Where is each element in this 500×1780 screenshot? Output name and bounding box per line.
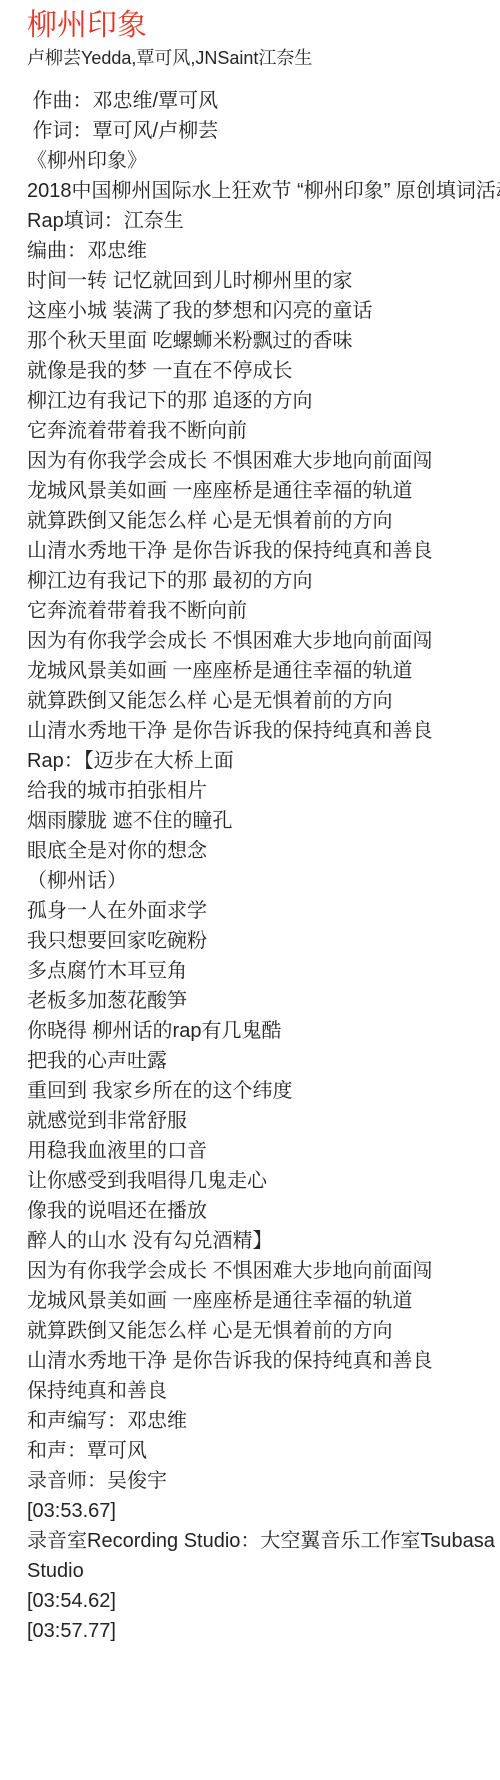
lyric-line: 作曲：邓忠维/覃可风 xyxy=(27,86,500,116)
lyric-line: 醉人的山水 没有勾兑酒精】 xyxy=(27,1226,500,1256)
lyric-line: Rap：【迈步在大桥上面 xyxy=(27,746,500,776)
lyric-line: 眼底全是对你的想念 xyxy=(27,836,500,866)
artist-names: 卢柳芸Yedda,覃可风,JNSaint江奈生 xyxy=(27,46,500,70)
page-title: 柳州印象 xyxy=(27,8,500,44)
lyric-line: 编曲：邓忠维 xyxy=(27,236,500,266)
lyric-line: 山清水秀地干净 是你告诉我的保持纯真和善良 xyxy=(27,1346,500,1376)
lyric-line: 用稳我血液里的口音 xyxy=(27,1136,500,1166)
lyric-line: 像我的说唱还在播放 xyxy=(27,1196,500,1226)
lyric-line: 2018中国柳州国际水上狂欢节 “柳州印象” 原创填词活动 xyxy=(27,176,500,206)
lyric-line: 因为有你我学会成长 不惧困难大步地向前面闯 xyxy=(27,626,500,656)
lyric-line: 《柳州印象》 xyxy=(27,146,500,176)
lyric-line: 龙城风景美如画 一座座桥是通往幸福的轨道 xyxy=(27,1286,500,1316)
lyric-line: 录音室Recording Studio：大空翼音乐工作室Tsubasa xyxy=(27,1526,500,1556)
lyric-line: （柳州话） xyxy=(27,866,500,896)
lyric-line: 重回到 我家乡所在的这个纬度 xyxy=(27,1076,500,1106)
lyric-line: 我只想要回家吃碗粉 xyxy=(27,926,500,956)
lyric-line: 作词：覃可风/卢柳芸 xyxy=(27,116,500,146)
lyric-line: 这座小城 装满了我的梦想和闪亮的童话 xyxy=(27,296,500,326)
lyric-line: 时间一转 记忆就回到儿时柳州里的家 xyxy=(27,266,500,296)
lyric-line: 就算跌倒又能怎么样 心是无惧着前的方向 xyxy=(27,686,500,716)
lyric-line: 给我的城市拍张相片 xyxy=(27,776,500,806)
lyrics-page: 柳州印象 卢柳芸Yedda,覃可风,JNSaint江奈生 作曲：邓忠维/覃可风 … xyxy=(0,0,500,1780)
lyric-line: 柳江边有我记下的那 最初的方向 xyxy=(27,566,500,596)
lyric-line: 你晓得 柳州话的rap有几鬼酷 xyxy=(27,1016,500,1046)
lyric-line: [03:53.67] xyxy=(27,1496,500,1526)
lyric-line: [03:57.77] xyxy=(27,1616,500,1646)
lyric-line: 录音师：吴俊宇 xyxy=(27,1466,500,1496)
lyric-line: 那个秋天里面 吃螺蛳米粉飘过的香味 xyxy=(27,326,500,356)
lyric-line: 让你感受到我唱得几鬼走心 xyxy=(27,1166,500,1196)
lyric-line: 因为有你我学会成长 不惧困难大步地向前面闯 xyxy=(27,1256,500,1286)
lyric-line: 就算跌倒又能怎么样 心是无惧着前的方向 xyxy=(27,506,500,536)
lyrics-body: 作曲：邓忠维/覃可风 作词：覃可风/卢柳芸《柳州印象》2018中国柳州国际水上狂… xyxy=(27,86,500,1646)
lyric-line: [03:54.62] xyxy=(27,1586,500,1616)
lyric-line: 就算跌倒又能怎么样 心是无惧着前的方向 xyxy=(27,1316,500,1346)
lyric-line: 多点腐竹木耳豆角 xyxy=(27,956,500,986)
lyric-line: 保持纯真和善良 xyxy=(27,1376,500,1406)
lyric-line: 老板多加葱花酸笋 xyxy=(27,986,500,1016)
lyric-line: 孤身一人在外面求学 xyxy=(27,896,500,926)
lyric-line: Studio xyxy=(27,1556,500,1586)
lyric-line: 柳江边有我记下的那 追逐的方向 xyxy=(27,386,500,416)
lyric-line: 山清水秀地干净 是你告诉我的保持纯真和善良 xyxy=(27,716,500,746)
lyric-line: 烟雨朦胧 遮不住的瞳孔 xyxy=(27,806,500,836)
lyric-line: Rap填词：江奈生 xyxy=(27,206,500,236)
lyric-line: 因为有你我学会成长 不惧困难大步地向前面闯 xyxy=(27,446,500,476)
lyric-line: 它奔流着带着我不断向前 xyxy=(27,596,500,626)
lyric-line: 龙城风景美如画 一座座桥是通往幸福的轨道 xyxy=(27,656,500,686)
lyric-line: 山清水秀地干净 是你告诉我的保持纯真和善良 xyxy=(27,536,500,566)
lyric-line: 它奔流着带着我不断向前 xyxy=(27,416,500,446)
lyric-line: 就像是我的梦 一直在不停成长 xyxy=(27,356,500,386)
lyric-line: 龙城风景美如画 一座座桥是通往幸福的轨道 xyxy=(27,476,500,506)
lyric-line: 和声：覃可风 xyxy=(27,1436,500,1466)
lyric-line: 和声编写：邓忠维 xyxy=(27,1406,500,1436)
lyric-line: 把我的心声吐露 xyxy=(27,1046,500,1076)
lyric-line: 就感觉到非常舒服 xyxy=(27,1106,500,1136)
